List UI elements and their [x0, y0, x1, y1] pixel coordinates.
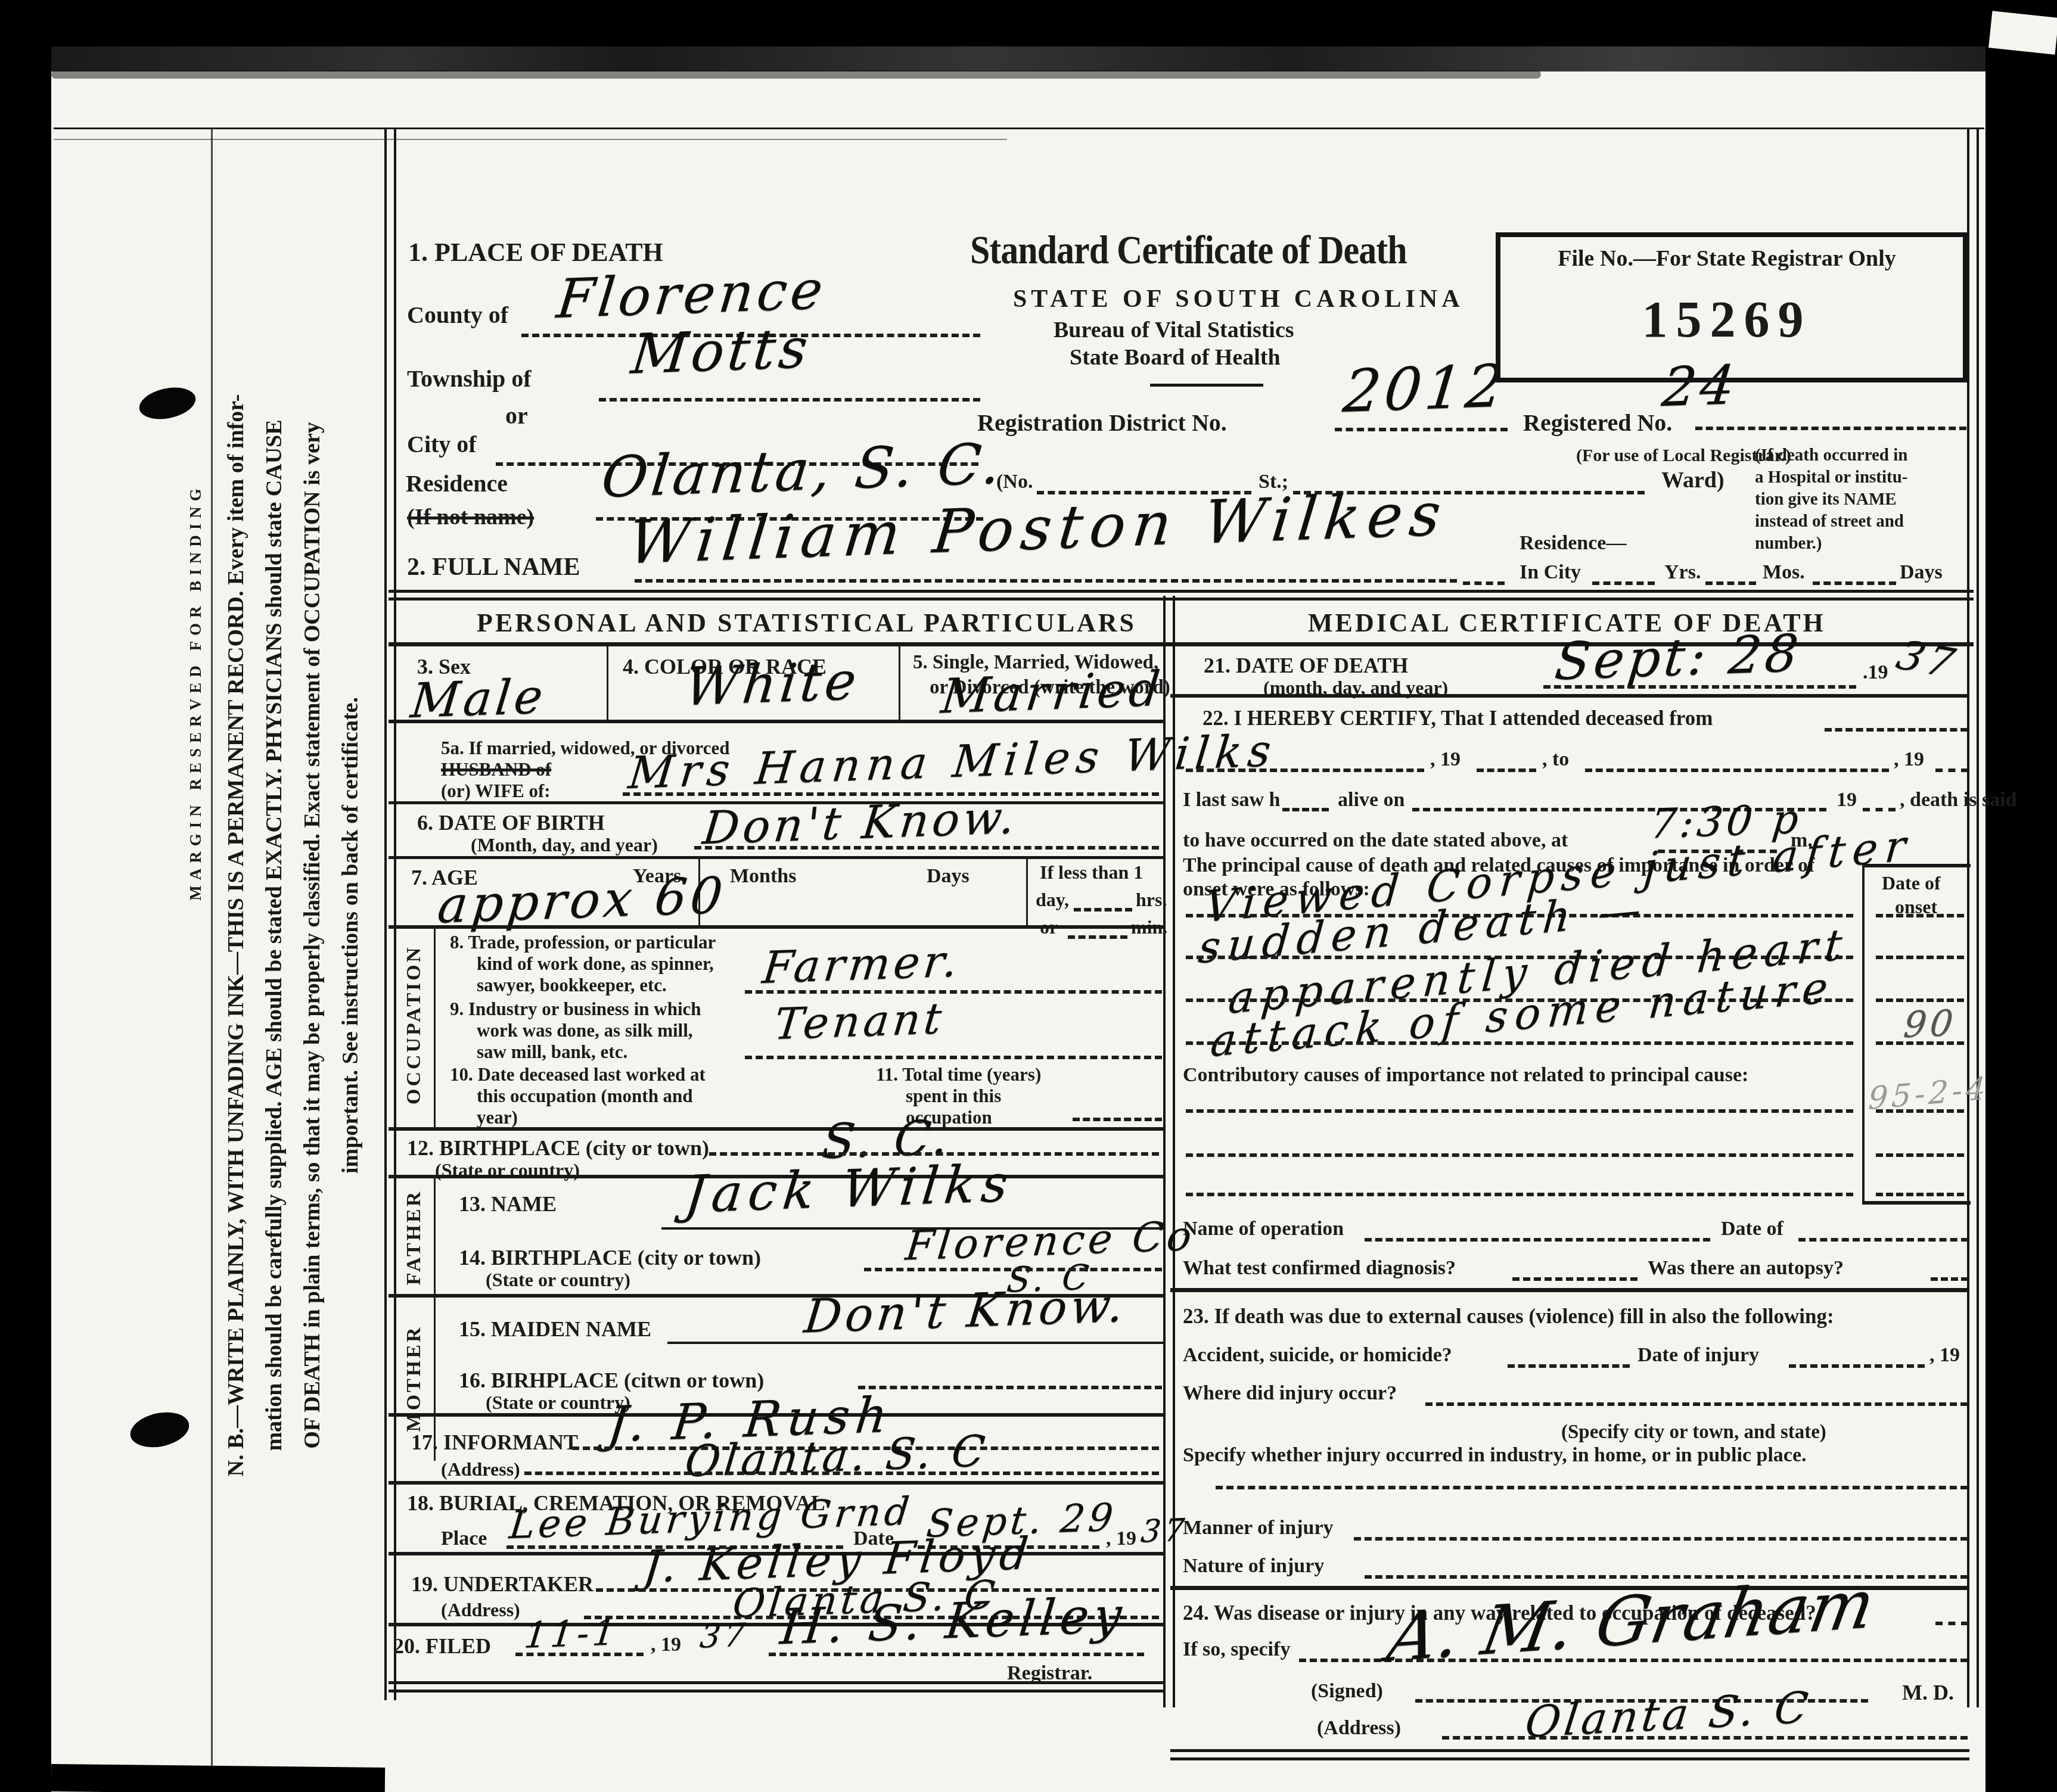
hospital-note-2: a Hospital or institu-	[1755, 468, 1907, 487]
place-label: Place	[441, 1527, 487, 1550]
leader-line	[1813, 581, 1896, 585]
field-12-label: 12. BIRTHPLACE (city or town)	[407, 1135, 709, 1161]
leader-line	[1876, 956, 1964, 959]
days-label: Days	[1900, 561, 1943, 584]
where-injury-label: Where did injury occur?	[1183, 1382, 1397, 1405]
left-section-title: PERSONAL AND STATISTICAL PARTICULARS	[477, 608, 1136, 638]
onset-value-1: 90	[1901, 1002, 1959, 1046]
nb-line-3: OF DEATH in plain terms, so that it may …	[293, 107, 331, 1763]
field-color-value: White	[682, 650, 863, 718]
autopsy-label: Was there an autopsy?	[1648, 1257, 1844, 1280]
form-left-border	[384, 127, 396, 1700]
hospital-note-4: instead of street and	[1755, 512, 1904, 531]
field-township-label: Township of	[407, 365, 532, 393]
board-line: State Board of Health	[1070, 344, 1281, 371]
leader-line	[1354, 1537, 1968, 1541]
year-19-label: , 19	[1894, 748, 1924, 771]
field-11-label-1: 11. Total time (years)	[876, 1064, 1041, 1085]
occupation-vertical-label: OCCUPATION	[403, 950, 425, 1105]
leader-line	[1365, 1238, 1710, 1242]
rule	[389, 1681, 1165, 1684]
field-no-label: (No.	[996, 471, 1033, 493]
father-vertical-label: FATHER	[403, 1184, 425, 1291]
field-23-label: 23. If death was due to external causes …	[1183, 1305, 1834, 1329]
nb-instructions: N. B.—WRITE PLAINLY, WITH UNFADING INK—T…	[217, 107, 369, 1763]
leader-line	[1825, 728, 1968, 732]
form-right-border	[1967, 127, 1979, 1707]
age-months-label: Months	[730, 865, 796, 888]
md-label: M. D.	[1902, 1680, 1954, 1705]
field-marital-value: Married	[939, 661, 1166, 724]
accident-label: Accident, suicide, or homicide?	[1183, 1344, 1452, 1367]
field-16-label: 16. BIRHPLACE (citwn or town)	[459, 1368, 764, 1393]
hospital-note-5: number.)	[1755, 534, 1822, 553]
leader-line	[709, 1152, 1159, 1156]
leader-line	[1592, 581, 1655, 585]
residence-in-city-label: Residence—	[1520, 532, 1626, 555]
torn-corner-notch	[1988, 11, 2057, 54]
leader-line	[1186, 1041, 1853, 1045]
test-label: What test confirmed diagnosis?	[1183, 1257, 1456, 1280]
leader-line	[1068, 935, 1127, 939]
signed-label: (Signed)	[1311, 1680, 1383, 1703]
field-8-label-3: sawyer, bookkeeper, etc.	[477, 975, 667, 996]
field-9-label-2: work was done, as silk mill,	[477, 1020, 693, 1041]
field-20-date-value: 11-1	[522, 1611, 621, 1657]
field-19-sub: (Address)	[441, 1599, 520, 1621]
leader-line	[1789, 1364, 1925, 1368]
leader-line	[1216, 1486, 1968, 1489]
leader-line	[1186, 1153, 1853, 1157]
field-county-label: County of	[407, 301, 508, 329]
leader-line	[858, 1386, 1162, 1389]
year-19-label: .19	[1863, 661, 1888, 684]
field-13-value: Jack Wilks	[682, 1153, 1017, 1225]
leader-line	[1186, 1109, 1853, 1113]
state-line: STATE OF SOUTH CAROLINA	[1013, 285, 1464, 313]
contributory-label: Contributory causes of importance not re…	[1183, 1064, 1748, 1087]
leader-line	[745, 1056, 1162, 1059]
nature-label: Nature of injury	[1183, 1555, 1324, 1578]
leader-line	[1798, 1238, 1968, 1242]
field-9-value: Tenant	[772, 993, 947, 1049]
leader-line	[1074, 908, 1132, 911]
mos-label: Mos.	[1763, 561, 1805, 584]
leader-line	[1935, 1622, 1968, 1625]
file-box-title: File No.—For State Registrar Only	[1500, 245, 1953, 272]
leader-line	[635, 579, 1457, 583]
field-5a-wife-label: (or) WIFE of:	[441, 780, 551, 802]
day-label: day,	[1036, 889, 1069, 911]
field-15-label: 15. MAIDEN NAME	[459, 1317, 651, 1342]
leader-line	[1931, 1277, 1968, 1281]
field-registered-no-label: Registered No.	[1523, 409, 1672, 437]
field-dob-value: Don't Know.	[700, 791, 1021, 855]
field-8-label-1: 8. Trade, profession, or particular	[450, 932, 716, 953]
field-17-label: 17. INFORMANT	[411, 1430, 578, 1455]
scan-streak	[51, 70, 1541, 79]
leader-line	[745, 990, 1162, 994]
specify-whether-label: Specify whether injury occurred in indus…	[1183, 1444, 1807, 1467]
field-20-year-value: 37	[698, 1616, 750, 1655]
field-ward-label: Ward)	[1661, 467, 1724, 493]
filed-19-label: , 19	[651, 1634, 681, 1656]
leader-line	[864, 1268, 1162, 1271]
rule	[389, 1481, 1165, 1485]
rule	[1170, 1749, 1969, 1752]
leader-line	[1073, 1118, 1162, 1121]
field-dob-label: 6. DATE OF BIRTH	[417, 810, 605, 835]
rule	[1170, 694, 1969, 698]
binding-margin-note: MARGIN RESERVED FOR BINDING	[187, 347, 205, 1038]
leader-line	[1508, 1364, 1630, 1368]
rule	[54, 127, 1984, 129]
leader-line	[1876, 998, 1964, 1002]
address-label: (Address)	[1317, 1717, 1401, 1740]
leader-line	[1463, 581, 1505, 585]
field-10-label-1: 10. Date deceased last worked at	[450, 1064, 706, 1085]
field-18-year-value: 37	[1139, 1513, 1189, 1550]
nb-line-4: important. See instructions on back of c…	[331, 107, 369, 1763]
field-reg-district-label: Registration District No.	[977, 409, 1227, 437]
operation-date-label: Date of	[1721, 1218, 1783, 1240]
leader-line	[1695, 427, 1966, 430]
rule	[389, 1690, 1165, 1693]
field-or-label: or	[505, 402, 528, 430]
leader-line	[1543, 685, 1856, 689]
rule	[667, 1342, 1165, 1344]
leader-line	[1186, 1193, 1853, 1196]
field-reg-district-value: 2012	[1340, 352, 1510, 426]
mother-vertical-label: MOTHER	[403, 1319, 425, 1438]
leader-line	[1935, 769, 1968, 772]
field-place-of-death-label: 1. PLACE OF DEATH	[408, 237, 663, 267]
field-15-value: Don't Know.	[801, 1278, 1129, 1343]
leader-line	[599, 398, 980, 402]
nb-line-2: mation should be carefully supplied. AGE…	[255, 107, 293, 1763]
rule	[389, 720, 1165, 723]
field-age-value: approx 60	[435, 866, 729, 934]
field-22-label: 22. I HEREBY CERTIFY, That I attended de…	[1202, 707, 1713, 730]
leader-line	[694, 846, 1159, 850]
label-column-divider	[434, 925, 436, 1127]
onset-box-left	[1862, 864, 1865, 1205]
field-full-name-label: 2. FULL NAME	[407, 553, 580, 581]
label-column-divider	[434, 1175, 436, 1297]
field-9-label-3: saw mill, bank, etc.	[477, 1041, 627, 1063]
leader-line	[1705, 581, 1756, 585]
field-9-label-1: 9. Industry or business in which	[450, 998, 701, 1020]
cell-divider	[607, 646, 608, 721]
year-19-label: , 19	[1430, 748, 1461, 771]
year-19-label: , 19	[1929, 1344, 1960, 1367]
field-11-label-2: spent in this	[906, 1085, 1001, 1107]
last-saw-label-2: alive on	[1338, 789, 1405, 811]
field-14-sub: (State or country)	[486, 1269, 630, 1291]
date-of-onset-label-1: Date of	[1882, 872, 1941, 894]
rule	[1170, 1288, 1969, 1292]
rule	[389, 598, 1974, 601]
field-residence-label: Residence	[406, 469, 508, 497]
field-10-label-3: year)	[477, 1107, 518, 1128]
cell-divider	[899, 646, 900, 721]
field-5a-husband-label: HUSBAND of	[441, 759, 551, 780]
leader-line	[1876, 1153, 1964, 1157]
hrs-label: hrs.	[1136, 889, 1167, 911]
operation-label: Name of operation	[1183, 1218, 1344, 1240]
rule	[389, 856, 1165, 859]
yrs-label: Yrs.	[1664, 561, 1701, 584]
year-19-label: , 19	[1106, 1527, 1136, 1550]
manner-label: Manner of injury	[1183, 1517, 1333, 1539]
leader-line	[524, 1471, 1159, 1475]
specify-city-label: (Specify city or town, and state)	[1561, 1421, 1826, 1443]
leader-line	[1585, 769, 1889, 772]
field-17-sub: (Address)	[441, 1458, 520, 1480]
hospital-note-1: (If death occurred in	[1755, 446, 1907, 465]
rule	[1170, 1757, 1969, 1760]
field-21-label: 21. DATE OF DEATH	[1204, 653, 1408, 678]
field-dob-sub: (Month, day, and year)	[471, 834, 658, 856]
field-19-label: 19. UNDERTAKER	[411, 1572, 594, 1597]
to-label: , to	[1542, 748, 1569, 771]
leader-line	[1425, 1402, 1968, 1406]
field-10-label-2: this occupation (month and	[477, 1085, 693, 1107]
field-20-label: 20. FILED	[393, 1634, 491, 1659]
leader-line	[1282, 808, 1329, 811]
leader-line	[1335, 428, 1508, 431]
torn-top-edge	[51, 46, 1985, 71]
leader-line	[1863, 808, 1896, 811]
year-19-label: 19	[1837, 789, 1857, 811]
field-city-label: City of	[407, 430, 477, 458]
rule	[389, 1127, 1165, 1131]
occurred-label: to have occurred on the date stated abov…	[1183, 829, 1568, 852]
rule	[389, 925, 1165, 929]
age-days-label: Days	[927, 865, 970, 888]
onset-box-bottom	[1862, 1201, 1971, 1205]
leader-line	[1512, 1277, 1637, 1281]
field-8-value: Farmer.	[760, 935, 964, 994]
leader-line	[1876, 1109, 1964, 1113]
field-8-label-2: kind of work done, as spinner,	[477, 953, 714, 975]
rule	[1150, 384, 1263, 387]
leader-line	[515, 1653, 644, 1656]
rule	[54, 139, 1007, 140]
scan-shadow	[51, 1764, 385, 1792]
field-if-not-name-label: (If not name)	[407, 504, 534, 530]
if-less-label: If less than 1	[1040, 861, 1143, 883]
leader-line	[1876, 914, 1964, 917]
leader-line	[1186, 769, 1424, 772]
if-so-label: If so, specify	[1183, 1638, 1290, 1661]
form-title: Standard Certificate of Death	[970, 228, 1407, 273]
death-certificate-scan: MARGIN RESERVED FOR BINDING N. B.—WRITE …	[0, 0, 2057, 1792]
leader-line	[1477, 769, 1536, 772]
nb-line-1: N. B.—WRITE PLAINLY, WITH UNFADING INK—T…	[217, 107, 255, 1763]
in-city-label: In City	[1520, 561, 1581, 584]
hospital-note-3: tion give its NAME	[1755, 490, 1897, 509]
last-saw-label-1: I last saw h	[1183, 789, 1280, 811]
field-14-label: 14. BIRTHPLACE (city or town)	[459, 1245, 761, 1270]
leader-line	[1876, 1193, 1964, 1196]
margin-rule	[211, 128, 213, 1766]
field-township-value: Motts	[628, 316, 814, 387]
file-number: 15269	[1500, 290, 1953, 349]
injury-date-label: Date of injury	[1637, 1344, 1759, 1367]
bureau-line: Bureau of Vital Statistics	[1054, 317, 1294, 343]
death-is-said-label: , death is said	[1900, 789, 2017, 811]
leader-line	[769, 1653, 1144, 1656]
field-13-label: 13. NAME	[459, 1191, 557, 1217]
rule	[389, 590, 1974, 593]
cell-divider	[1026, 856, 1028, 925]
field-16-sub: (State or country)	[486, 1392, 630, 1414]
field-21-value: Sept: 28	[1552, 624, 1804, 692]
